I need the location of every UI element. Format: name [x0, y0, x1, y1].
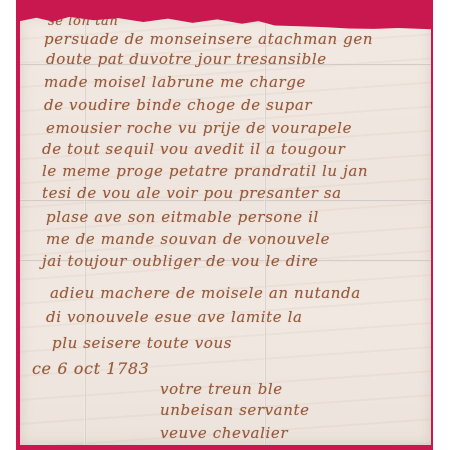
letter-line: me de mande souvan de vonouvele: [46, 230, 330, 248]
letter-closing: unbeisan servante: [160, 401, 310, 419]
letter-line: de voudire binde choge de supar: [44, 96, 312, 114]
letter-line: doute pat duvotre jour tresansible: [46, 50, 327, 68]
photo-canvas: se lon tan persuade de monseinsere atach…: [0, 0, 450, 450]
letter-line: emousier roche vu prije de vourapele: [46, 119, 352, 137]
letter-line: tesi de vou ale voir pou presanter sa: [42, 184, 342, 202]
letter-signature: veuve chevalier: [160, 424, 288, 442]
letter-closing: votre treun ble: [160, 380, 283, 398]
letter-line: plu seisere toute vous: [52, 334, 232, 352]
handwritten-letter: se lon tan persuade de monseinsere atach…: [20, 16, 431, 445]
letter-line: de tout sequil vou avedit il a tougour: [42, 140, 345, 158]
letter-date: ce 6 oct 1783: [32, 359, 149, 378]
letter-line: di vonouvele esue ave lamite la: [46, 308, 303, 326]
letter-line: jai toujour oubliger de vou le dire: [42, 252, 319, 270]
letter-line: plase ave son eitmable persone il: [46, 208, 319, 226]
letter-line: adieu machere de moisele an nutanda: [50, 284, 361, 302]
letter-line: le meme proge petatre prandratil lu jan: [42, 162, 368, 180]
letter-line: persuade de monseinsere atachman gen: [44, 30, 373, 48]
letter-line: made moisel labrune me charge: [44, 73, 306, 91]
